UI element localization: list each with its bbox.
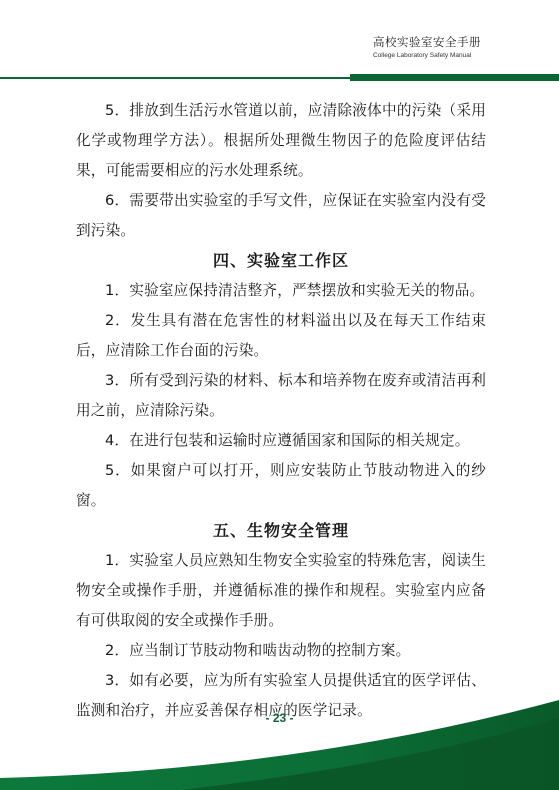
- paragraph-packaging: 4．在进行包装和运输时应遵循国家和国际的相关规定。: [76, 426, 486, 456]
- section-heading-work-area: 四、实验室工作区: [76, 246, 486, 276]
- header-divider-thin: [0, 77, 352, 79]
- paragraph-handwritten-docs: 6．需要带出实验室的手写文件，应保证在实验室内没有受到污染。: [76, 186, 486, 246]
- page-content: 5．排放到生活污水管道以前，应清除液体中的污染（采用化学或物理学方法）。根据所处…: [76, 96, 486, 726]
- header-divider-thick: [350, 74, 559, 81]
- manual-subtitle: College Laboratory Safety Manual: [373, 52, 471, 59]
- paragraph-cleanliness: 1．实验室应保持清洁整齐，严禁摆放和实验无关的物品。: [76, 276, 486, 306]
- section-heading-biosafety: 五、生物安全管理: [76, 516, 486, 546]
- paragraph-pest-control: 2．应当制订节肢动物和啮齿动物的控制方案。: [76, 636, 486, 666]
- paragraph-spill-cleanup: 2．发生具有潜在危害性的材料溢出以及在每天工作结束后，应清除工作台面的污染。: [76, 306, 486, 366]
- manual-title: 高校实验室安全手册: [373, 34, 481, 50]
- paragraph-contaminated-materials: 3．所有受到污染的材料、标本和培养物在废弃或清洁再利用之前，应清除污染。: [76, 366, 486, 426]
- paragraph-staff-knowledge: 1．实验室人员应熟知生物安全实验室的特殊危害，阅读生物安全或操作手册，并遵循标准…: [76, 546, 486, 636]
- footer-wave-decoration: [0, 690, 559, 790]
- paragraph-drainage: 5．排放到生活污水管道以前，应清除液体中的污染（采用化学或物理学方法）。根据所处…: [76, 96, 486, 186]
- paragraph-window-screens: 5．如果窗户可以打开，则应安装防止节肢动物进入的纱窗。: [76, 456, 486, 516]
